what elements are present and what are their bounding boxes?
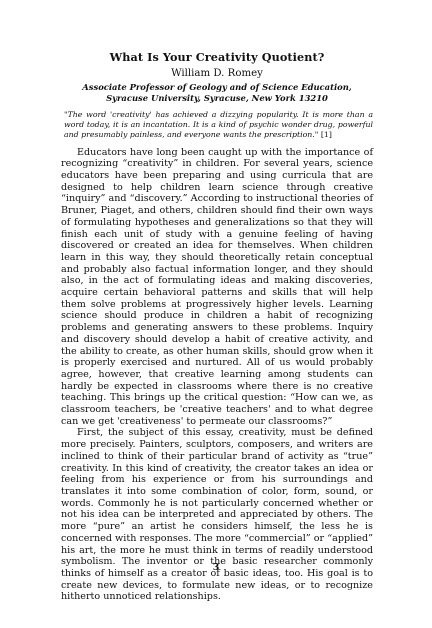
article-title: What Is Your Creativity Quotient? xyxy=(61,50,373,64)
epigraph-citation: [1] xyxy=(321,130,332,139)
body-paragraph-2: First, the subject of this essay, creati… xyxy=(61,427,373,603)
page-number: 3 xyxy=(0,562,432,573)
article-body: Educators have long been caught up with … xyxy=(61,147,373,603)
article-author: William D. Romey xyxy=(61,67,373,80)
document-page: What Is Your Creativity Quotient? Willia… xyxy=(61,50,373,603)
epigraph-quote: "The word 'creativity' has achieved a di… xyxy=(61,110,373,141)
author-affiliation: Associate Professor of Geology and of Sc… xyxy=(61,82,373,104)
body-paragraph-1: Educators have long been caught up with … xyxy=(61,147,373,428)
